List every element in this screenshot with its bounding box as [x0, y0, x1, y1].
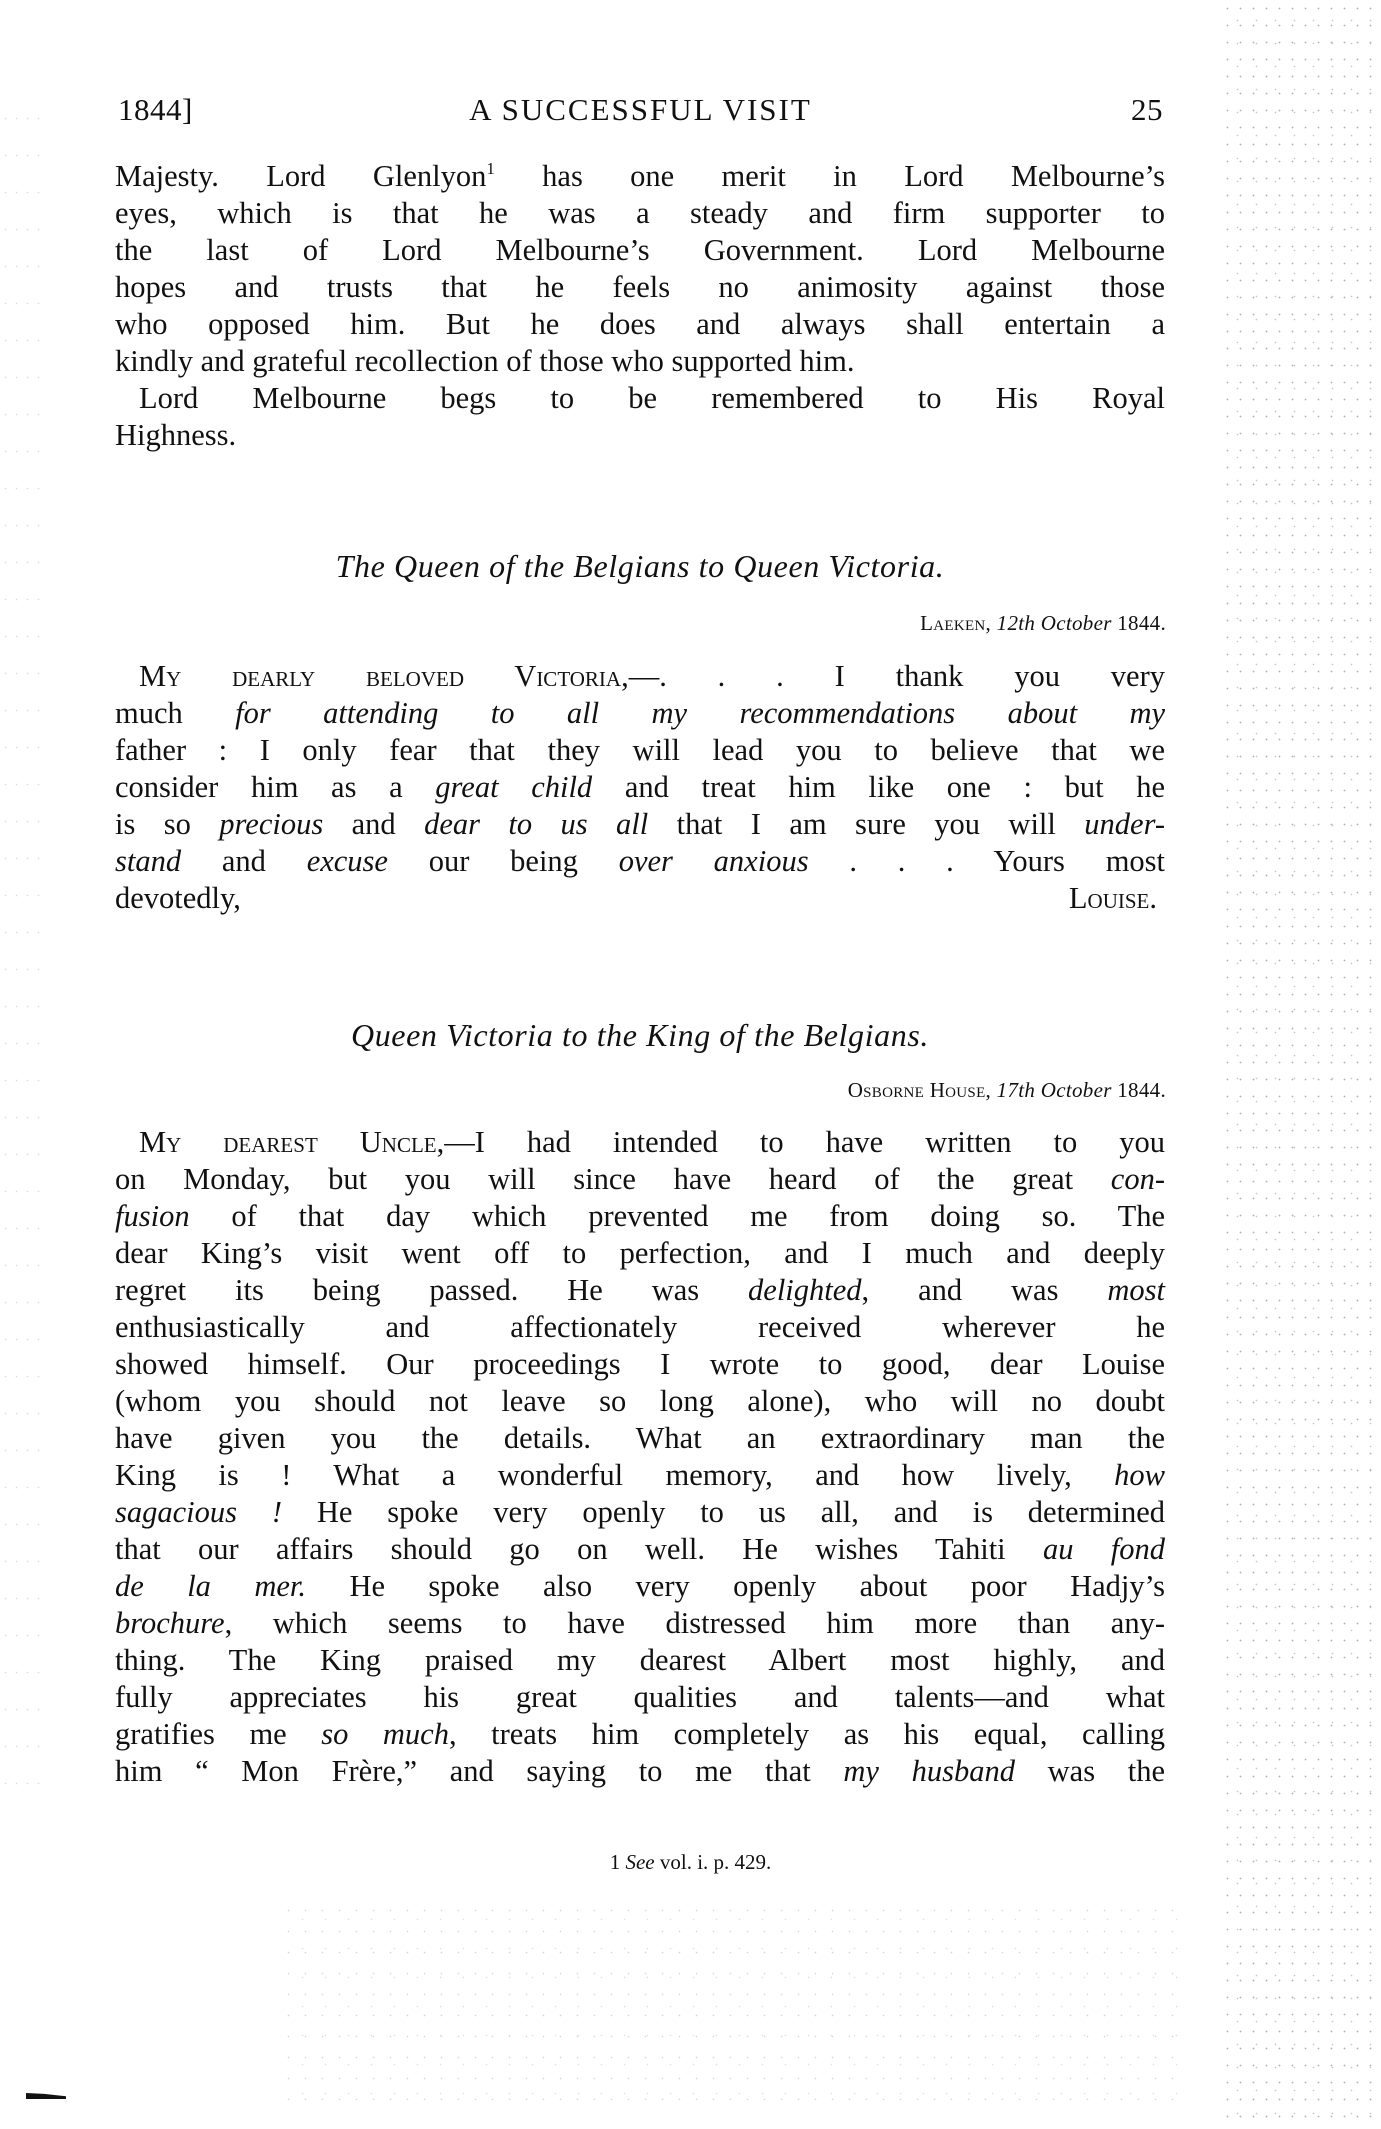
salutation: My dearly beloved Victoria, [139, 659, 629, 693]
text-line: enthusiastically and affectionately rece… [115, 1309, 1165, 1346]
letter2-body: My dearest Uncle,—I had intended to have… [115, 1124, 1165, 1790]
running-head-title: A SUCCESSFUL VISIT [118, 92, 1163, 128]
text-line: My dearly beloved Victoria,—. . . I than… [115, 658, 1165, 695]
letter2-heading: Queen Victoria to the King of the Belgia… [115, 1017, 1165, 1054]
text-line: My dearest Uncle,—I had intended to have… [115, 1124, 1165, 1161]
book-page: 1844] A SUCCESSFUL VISIT 25 Majesty. Lor… [0, 0, 1381, 2129]
text-line: consider him as a great child and treat … [115, 769, 1165, 806]
text-line: brochure, which seems to have distressed… [115, 1605, 1165, 1642]
text-line: dear King’s visit went off to perfection… [115, 1235, 1165, 1272]
text-line: Lord Melbourne begs to be remembered to … [115, 380, 1165, 417]
text-line: sagacious ! He spoke very openly to us a… [115, 1494, 1165, 1531]
text-line: Majesty. Lord Glenlyon1 has one merit in… [115, 158, 1165, 195]
text-line: the last of Lord Melbourne’s Government.… [115, 232, 1165, 269]
text-line: (whom you should not leave so long alone… [115, 1383, 1165, 1420]
text-line: who opposed him. But he does and always … [115, 306, 1165, 343]
letter1-heading: The Queen of the Belgians to Queen Victo… [115, 548, 1165, 585]
letter1-body: My dearly beloved Victoria,—. . . I than… [115, 658, 1165, 917]
text-line: fully appreciates his great qualities an… [115, 1679, 1165, 1716]
text-line: kindly and grateful recollection of thos… [115, 343, 1165, 380]
text-line: is so precious and dear to us all that I… [115, 806, 1165, 843]
signature: Louise. [1069, 880, 1157, 917]
footnote-marker: 1 [610, 1850, 621, 1874]
text-line: King is ! What a wonderful memory, and h… [115, 1457, 1165, 1494]
letter2-dateline: Osborne House, 17th October 1844. [848, 1078, 1166, 1103]
text-line: him “ Mon Frère,” and saying to me that … [115, 1753, 1165, 1790]
text-line: fusion of that day which prevented me fr… [115, 1198, 1165, 1235]
text-line: de la mer. He spoke also very openly abo… [115, 1568, 1165, 1605]
text-line: hopes and trusts that he feels no animos… [115, 269, 1165, 306]
text-line: eyes, which is that he was a steady and … [115, 195, 1165, 232]
text-line: have given you the details. What an extr… [115, 1420, 1165, 1457]
footnote-ref: 1 [486, 159, 495, 178]
page-number: 25 [1131, 92, 1163, 128]
scan-noise-bottom [280, 1900, 1180, 2100]
text-line: thing. The King praised my dearest Alber… [115, 1642, 1165, 1679]
text-line: on Monday, but you will since have heard… [115, 1161, 1165, 1198]
text-line: father : I only fear that they will lead… [115, 732, 1165, 769]
scan-edge-mark [26, 2093, 66, 2099]
salutation: My dearest Uncle, [139, 1125, 444, 1159]
text-line: showed himself. Our proceedings I wrote … [115, 1346, 1165, 1383]
scan-noise-left [0, 100, 40, 1800]
text-line: devotedly,Louise. [115, 880, 1165, 917]
text-line: Highness. [115, 417, 1165, 454]
continuation-paragraph: Majesty. Lord Glenlyon1 has one merit in… [115, 158, 1165, 454]
text-line: stand and excuse our being over anxious … [115, 843, 1165, 880]
text-line: regret its being passed. He was delighte… [115, 1272, 1165, 1309]
scan-noise-right [1221, 0, 1381, 2129]
text-line: that our affairs should go on well. He w… [115, 1531, 1165, 1568]
footnote: 1 See vol. i. p. 429. [0, 1850, 1381, 1875]
letter1-dateline: Laeken, 12th October 1844. [920, 611, 1166, 636]
text-line: much for attending to all my recommendat… [115, 695, 1165, 732]
running-head: 1844] A SUCCESSFUL VISIT 25 [118, 92, 1163, 132]
text-line: gratifies me so much, treats him complet… [115, 1716, 1165, 1753]
